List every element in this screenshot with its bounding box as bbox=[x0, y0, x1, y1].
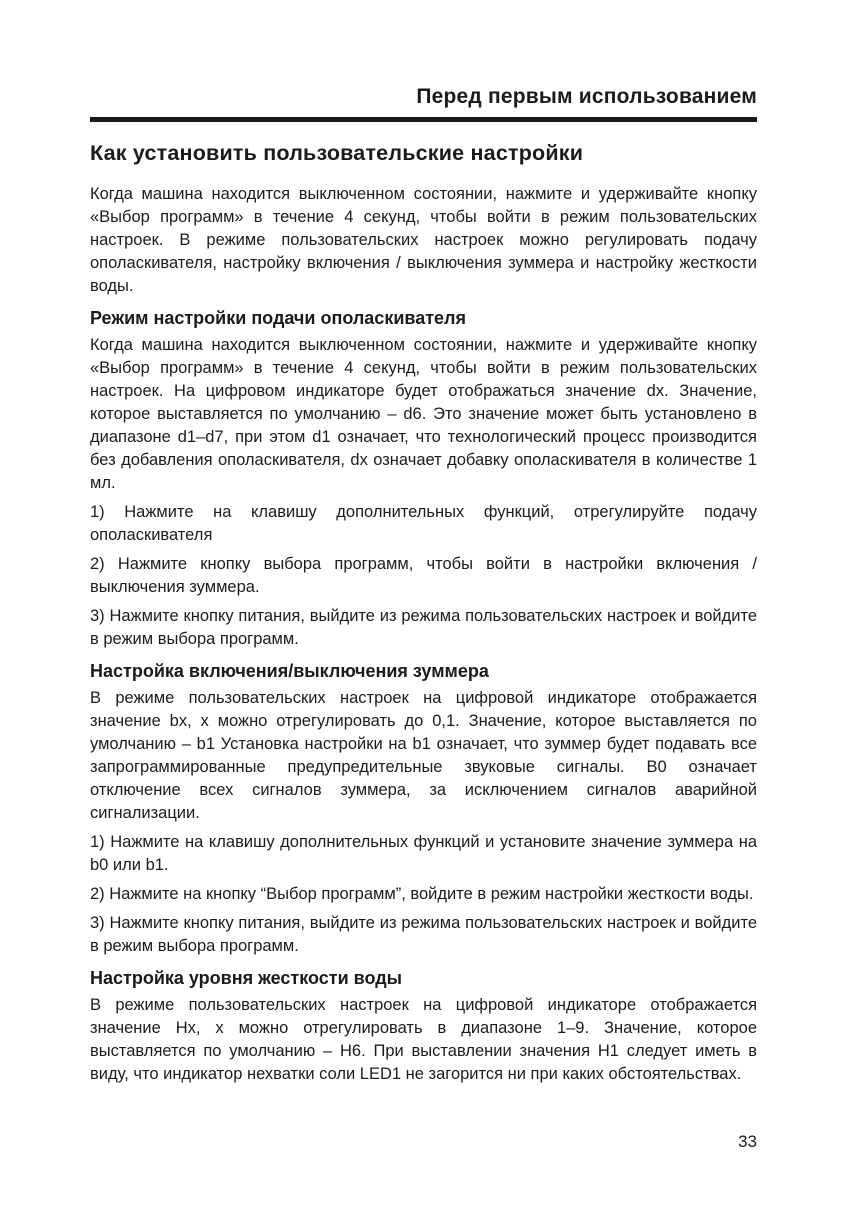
intro-paragraph: Когда машина находится выключенном состо… bbox=[90, 183, 757, 298]
section-paragraph: Когда машина находится выключенном состо… bbox=[90, 334, 757, 495]
step-item: 2) Нажмите на кнопку “Выбор программ”, в… bbox=[90, 883, 757, 906]
manual-page: Перед первым использованием Как установи… bbox=[0, 0, 844, 1224]
section-buzzer: Настройка включения/выключения зуммера В… bbox=[90, 660, 757, 958]
step-item: 1) Нажмите на клавишу дополнительных фун… bbox=[90, 831, 757, 877]
section-heading-buzzer: Настройка включения/выключения зуммера bbox=[90, 660, 757, 682]
step-item: 3) Нажмите кнопку питания, выйдите из ре… bbox=[90, 912, 757, 958]
running-header: Перед первым использованием bbox=[90, 84, 757, 110]
step-item: 2) Нажмите кнопку выбора программ, чтобы… bbox=[90, 553, 757, 599]
step-item: 3) Нажмите кнопку питания, выйдите из ре… bbox=[90, 605, 757, 651]
section-heading-rinse-aid: Режим настройки подачи ополаскивателя bbox=[90, 307, 757, 329]
page-title: Как установить пользовательские настройк… bbox=[90, 139, 757, 167]
step-item: 1) Нажмите на клавишу дополнительных фун… bbox=[90, 501, 757, 547]
section-heading-water-hardness: Настройка уровня жесткости воды bbox=[90, 967, 757, 989]
section-water-hardness: Настройка уровня жесткости воды В режиме… bbox=[90, 967, 757, 1086]
section-paragraph: В режиме пользовательских настроек на ци… bbox=[90, 994, 757, 1086]
section-rinse-aid: Режим настройки подачи ополаскивателя Ко… bbox=[90, 307, 757, 651]
page-number: 33 bbox=[738, 1130, 757, 1154]
header-rule bbox=[90, 117, 757, 122]
section-paragraph: В режиме пользовательских настроек на ци… bbox=[90, 687, 757, 825]
